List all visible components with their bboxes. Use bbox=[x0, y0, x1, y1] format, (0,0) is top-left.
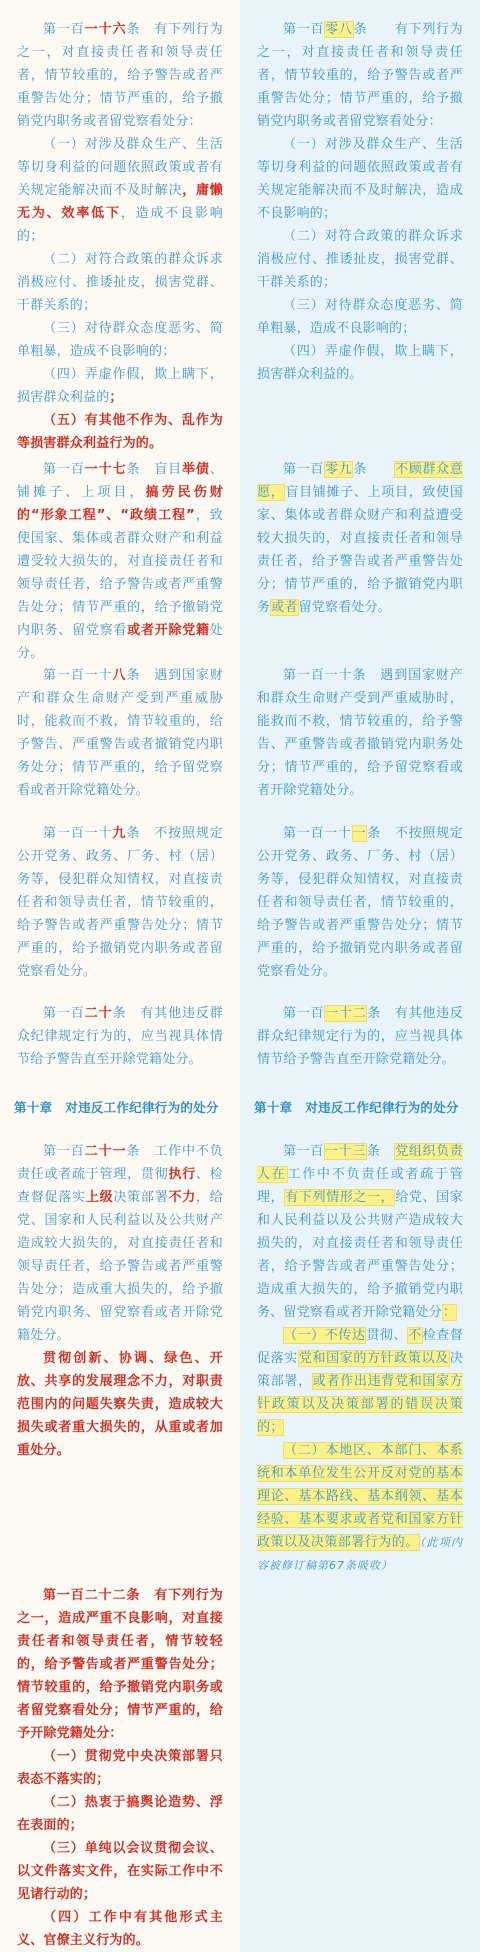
article-120: 第一百二十条 有其他违反群众纪律规定行为的，应当视具体情节给予警告直至开除党籍处… bbox=[17, 1002, 223, 1071]
article-113: 第一百一十三条 党组织负责人在工作中不负责任或者疏于管理，有下列情形之一，给党、… bbox=[257, 1140, 463, 1577]
article-110: 第一百一十条 遇到国家财产和群众生命财产受到严重威胁时，能救而不救，情节较重的，… bbox=[257, 664, 463, 802]
chapter-heading: 第十章 对违反工作纪律行为的处分 bbox=[14, 1098, 230, 1118]
article-112: 第一百一十二条 有其他违反群众纪律规定行为的，应当视具体情节给予警告直至开除党籍… bbox=[257, 1002, 463, 1071]
article-118: 第一百一十八条 遇到国家财产和群众生命财产受到严重威胁时，能救而不救，情节较重的… bbox=[17, 664, 223, 802]
article-122: 第一百二十二条 有下列行为之一，造成严重不良影响，对直接责任者和领导责任者，情节… bbox=[17, 1584, 223, 1952]
article-108: 第一百零八条 有下列行为之一，对直接责任者和领导责任者，情节较重的，给予警告或者… bbox=[257, 18, 463, 386]
right-column-original: 第一百零八条 有下列行为之一，对直接责任者和领导责任者，情节较重的，给予警告或者… bbox=[240, 0, 480, 1952]
article-117: 第一百一十七条 盲目举债、铺摊子、上项目，搞劳民伤财的“形象工程”、“政绩工程”… bbox=[17, 458, 223, 665]
article-109: 第一百零九条 不顾群众意愿，盲目铺摊子、上项目，致使国家、集体或者群众财产和利益… bbox=[257, 458, 463, 619]
article-111: 第一百一十一条 不按照规定公开党务、政务、厂务、村（居）务等，侵犯群众知情权，对… bbox=[257, 822, 463, 983]
article-119: 第一百一十九条 不按照规定公开党务、政务、厂务、村（居）务等，侵犯群众知情权，对… bbox=[17, 822, 223, 983]
chapter-heading: 第十章 对违反工作纪律行为的处分 bbox=[254, 1098, 470, 1118]
article-116: 第一百一十六条 有下列行为之一，对直接责任者和领导责任者，情节较重的，给予警告或… bbox=[17, 18, 223, 455]
left-column-revised: 第一百一十六条 有下列行为之一，对直接责任者和领导责任者，情节较重的，给予警告或… bbox=[0, 0, 240, 1952]
article-121: 第一百二十一条 工作中不负责任或者疏于管理，贯彻执行、检查督促落实上级决策部署不… bbox=[17, 1140, 223, 1462]
